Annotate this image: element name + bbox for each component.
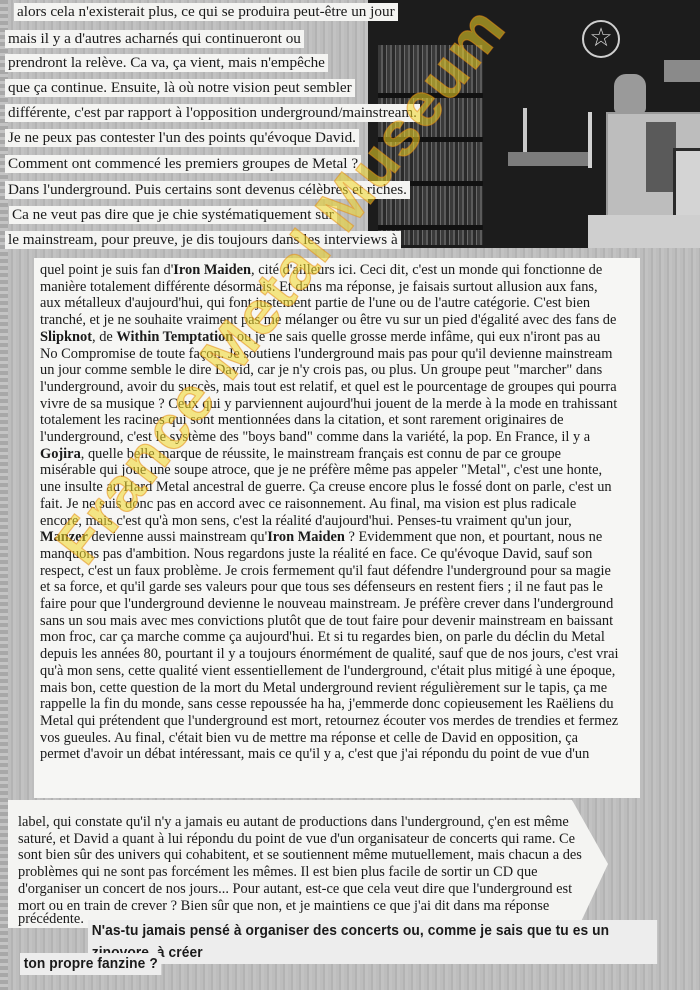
text-run: aux métalleux d'aujourd'hui, qui font ju… — [40, 295, 590, 311]
interview-question-line-2: ton propre fanzine ? — [20, 953, 162, 975]
candle — [523, 108, 527, 156]
text-run: un jour comme semble le dire David, car … — [40, 362, 602, 378]
article-line: saturé, et David a quant à lui répondu d… — [8, 831, 608, 848]
article-line: Metal qui prétendent que l'underground e… — [34, 713, 640, 730]
text-run: fait. Je ne suis donc pas en accord avec… — [40, 496, 576, 512]
text-run: tranché, et je ne souhaite vraiment pas … — [40, 312, 616, 328]
text-strip-last-word: précédente. — [8, 911, 94, 928]
text-run: mon froc, car ça marche comme ça aujourd… — [40, 629, 605, 645]
text-run: Metal qui prétendent que l'underground e… — [40, 713, 618, 729]
text-run: depuis les années 80, pourtant il y a to… — [40, 646, 618, 662]
article-line: l'underground, c'est le système des "boy… — [34, 429, 640, 446]
article-line: d'organiser un concert de nos jours... P… — [8, 881, 608, 898]
room-photo: ☆ — [368, 0, 700, 248]
desk — [588, 215, 700, 248]
text-run: misérable qui joue une soupe atroce, que… — [40, 462, 602, 478]
article-lines: quel point je suis fan d'Iron Maiden, ci… — [34, 258, 640, 763]
article-line: tranché, et je ne souhaite vraiment pas … — [34, 312, 640, 329]
article-line: faire pour que l'underground devienne le… — [34, 596, 640, 613]
article-line: une insulte au Hard Metal ancestral de g… — [34, 479, 640, 496]
article-line: l'underground, avoir du succès, mais tou… — [34, 379, 640, 396]
article-line: sont bien sûr des univers qui cohabitent… — [8, 847, 608, 864]
text-strip: que ça continue. Ensuite, là où notre vi… — [5, 79, 355, 97]
monitor — [673, 148, 700, 224]
article-line: sans un sou mais avec mes convictions pl… — [34, 613, 640, 630]
text-strip: Dans l'underground. Puis certains sont d… — [5, 181, 410, 199]
article-line: respect, c'est un faux problème. Je croi… — [34, 563, 640, 580]
text-strip: Ca ne veut pas dire que je chie systémat… — [9, 206, 337, 224]
text-run: , cité d'ailleurs ici. Ceci dit, c'est u… — [251, 262, 602, 278]
article-line: mon froc, car ça marche comme ça aujourd… — [34, 629, 640, 646]
text-strip: Comment ont commencé les premiers groupe… — [5, 155, 361, 173]
article-line: depuis les années 80, pourtant il y a to… — [34, 646, 640, 663]
article-continuation-lines: label, qui constate qu'il n'y a jamais e… — [8, 800, 608, 914]
article-line: vos gueules. Au final, c'était bien vu d… — [34, 730, 640, 747]
article-line: encore, mais c'est qu'à mon sens, c'est … — [34, 513, 640, 530]
text-run: mais bon, cette question de la mort du M… — [40, 680, 607, 696]
text-run: manquons pas d'ambition. Nous regardons … — [40, 546, 592, 562]
article-line: qu'à mon sens, cette qualité vient essen… — [34, 663, 640, 680]
article-line: mais bon, cette question de la mort du M… — [34, 680, 640, 697]
article-line: Slipknot, de Within Temptation ou je ne … — [34, 329, 640, 346]
article-line: totalement les racines qui sont mentionn… — [34, 412, 640, 429]
article-body: quel point je suis fan d'Iron Maiden, ci… — [34, 258, 640, 798]
article-line: misérable qui joue une soupe atroce, que… — [34, 462, 640, 479]
altar-table — [508, 152, 588, 166]
text-strip: le mainstream, pour preuve, je dis toujo… — [5, 231, 401, 249]
article-line: No Compromise de toute façon. Je soutien… — [34, 346, 640, 363]
text-run: permet d'avoir un débat intéressant, mai… — [40, 746, 589, 762]
article-line: quel point je suis fan d'Iron Maiden, ci… — [34, 262, 640, 279]
article-line: mort ou en train de crever ? Bien sûr qu… — [8, 898, 608, 915]
text-strip: alors cela n'existerait plus, ce qui se … — [14, 3, 398, 21]
band-name: Slipknot — [40, 329, 92, 345]
band-name: Within Temptation — [116, 329, 233, 345]
article-line: un jour comme semble le dire David, car … — [34, 362, 640, 379]
text-run: , de — [92, 329, 116, 345]
text-run: respect, c'est un faux problème. Je croi… — [40, 563, 611, 579]
band-name: Gojira — [40, 446, 81, 462]
text-run: totalement les racines qui sont mentionn… — [40, 412, 564, 428]
article-line: manière totalement différente désormais.… — [34, 279, 640, 296]
text-run: quel point je suis fan d' — [40, 262, 173, 278]
statue-head — [614, 74, 646, 114]
article-line: problèmes qui ne sont pas forcément les … — [8, 864, 608, 881]
text-run: ? Evidemment que non, et pourtant, nous … — [345, 529, 602, 545]
page-left-edge — [0, 0, 8, 990]
text-run: devienne aussi mainstream qu' — [88, 529, 267, 545]
article-line: et sa force, et qu'il garde ses valeurs … — [34, 579, 640, 596]
poster — [664, 60, 700, 82]
article-line: permet d'avoir un débat intéressant, mai… — [34, 746, 640, 763]
article-continuation: label, qui constate qu'il n'y a jamais e… — [8, 800, 608, 928]
article-line: aux métalleux d'aujourd'hui, qui font ju… — [34, 295, 640, 312]
text-run: qu'à mon sens, cette qualité vient essen… — [40, 663, 615, 679]
text-run: faire pour que l'underground devienne le… — [40, 596, 613, 612]
text-run: No Compromise de toute façon. Je soutien… — [40, 346, 612, 362]
article-line: manquons pas d'ambition. Nous regardons … — [34, 546, 640, 563]
band-name: Manzer — [40, 529, 88, 545]
text-strip: mais il y a d'autres acharnés qui contin… — [5, 30, 304, 48]
interview-question-line-1: N'as-tu jamais pensé à organiser des con… — [88, 920, 657, 964]
article-line: Gojira, quelle belle marque de réussite,… — [34, 446, 640, 463]
text-run: encore, mais c'est qu'à mon sens, c'est … — [40, 513, 572, 529]
text-run: vos gueules. Au final, c'était bien vu d… — [40, 730, 578, 746]
text-strip: différente, c'est par rapport à l'opposi… — [5, 104, 420, 122]
article-line: label, qui constate qu'il n'y a jamais e… — [8, 814, 608, 831]
text-run: rappelle la fin du monde, sans cesse rep… — [40, 696, 614, 712]
band-name: Iron Maiden — [267, 529, 345, 545]
text-run: une insulte au Hard Metal ancestral de g… — [40, 479, 612, 495]
article-line: vivre de sa musique ? Ceux qui y parvien… — [34, 396, 640, 413]
text-run: vivre de sa musique ? Ceux qui y parvien… — [40, 396, 617, 412]
text-strip: Je ne peux pas contester l'un des points… — [5, 129, 359, 147]
text-run: l'underground, avoir du succès, mais tou… — [40, 379, 617, 395]
text-run: , quelle belle marque de réussite, le ma… — [81, 446, 561, 462]
text-run: manière totalement différente désormais.… — [40, 279, 598, 295]
text-strip: prendront la relève. Ca va, ça vient, ma… — [5, 54, 328, 72]
pentagram-icon: ☆ — [582, 20, 620, 58]
band-name: Iron Maiden — [173, 262, 251, 278]
record-shelf — [378, 45, 483, 245]
candle — [588, 112, 592, 168]
article-line: Manzer devienne aussi mainstream qu'Iron… — [34, 529, 640, 546]
article-line: fait. Je ne suis donc pas en accord avec… — [34, 496, 640, 513]
text-run: ou je ne sais quelle grosse merde infâme… — [233, 329, 600, 345]
text-run: sans un sou mais avec mes convictions pl… — [40, 613, 613, 629]
text-run: l'underground, c'est le système des "boy… — [40, 429, 590, 445]
article-line: rappelle la fin du monde, sans cesse rep… — [34, 696, 640, 713]
text-run: et sa force, et qu'il garde ses valeurs … — [40, 579, 603, 595]
